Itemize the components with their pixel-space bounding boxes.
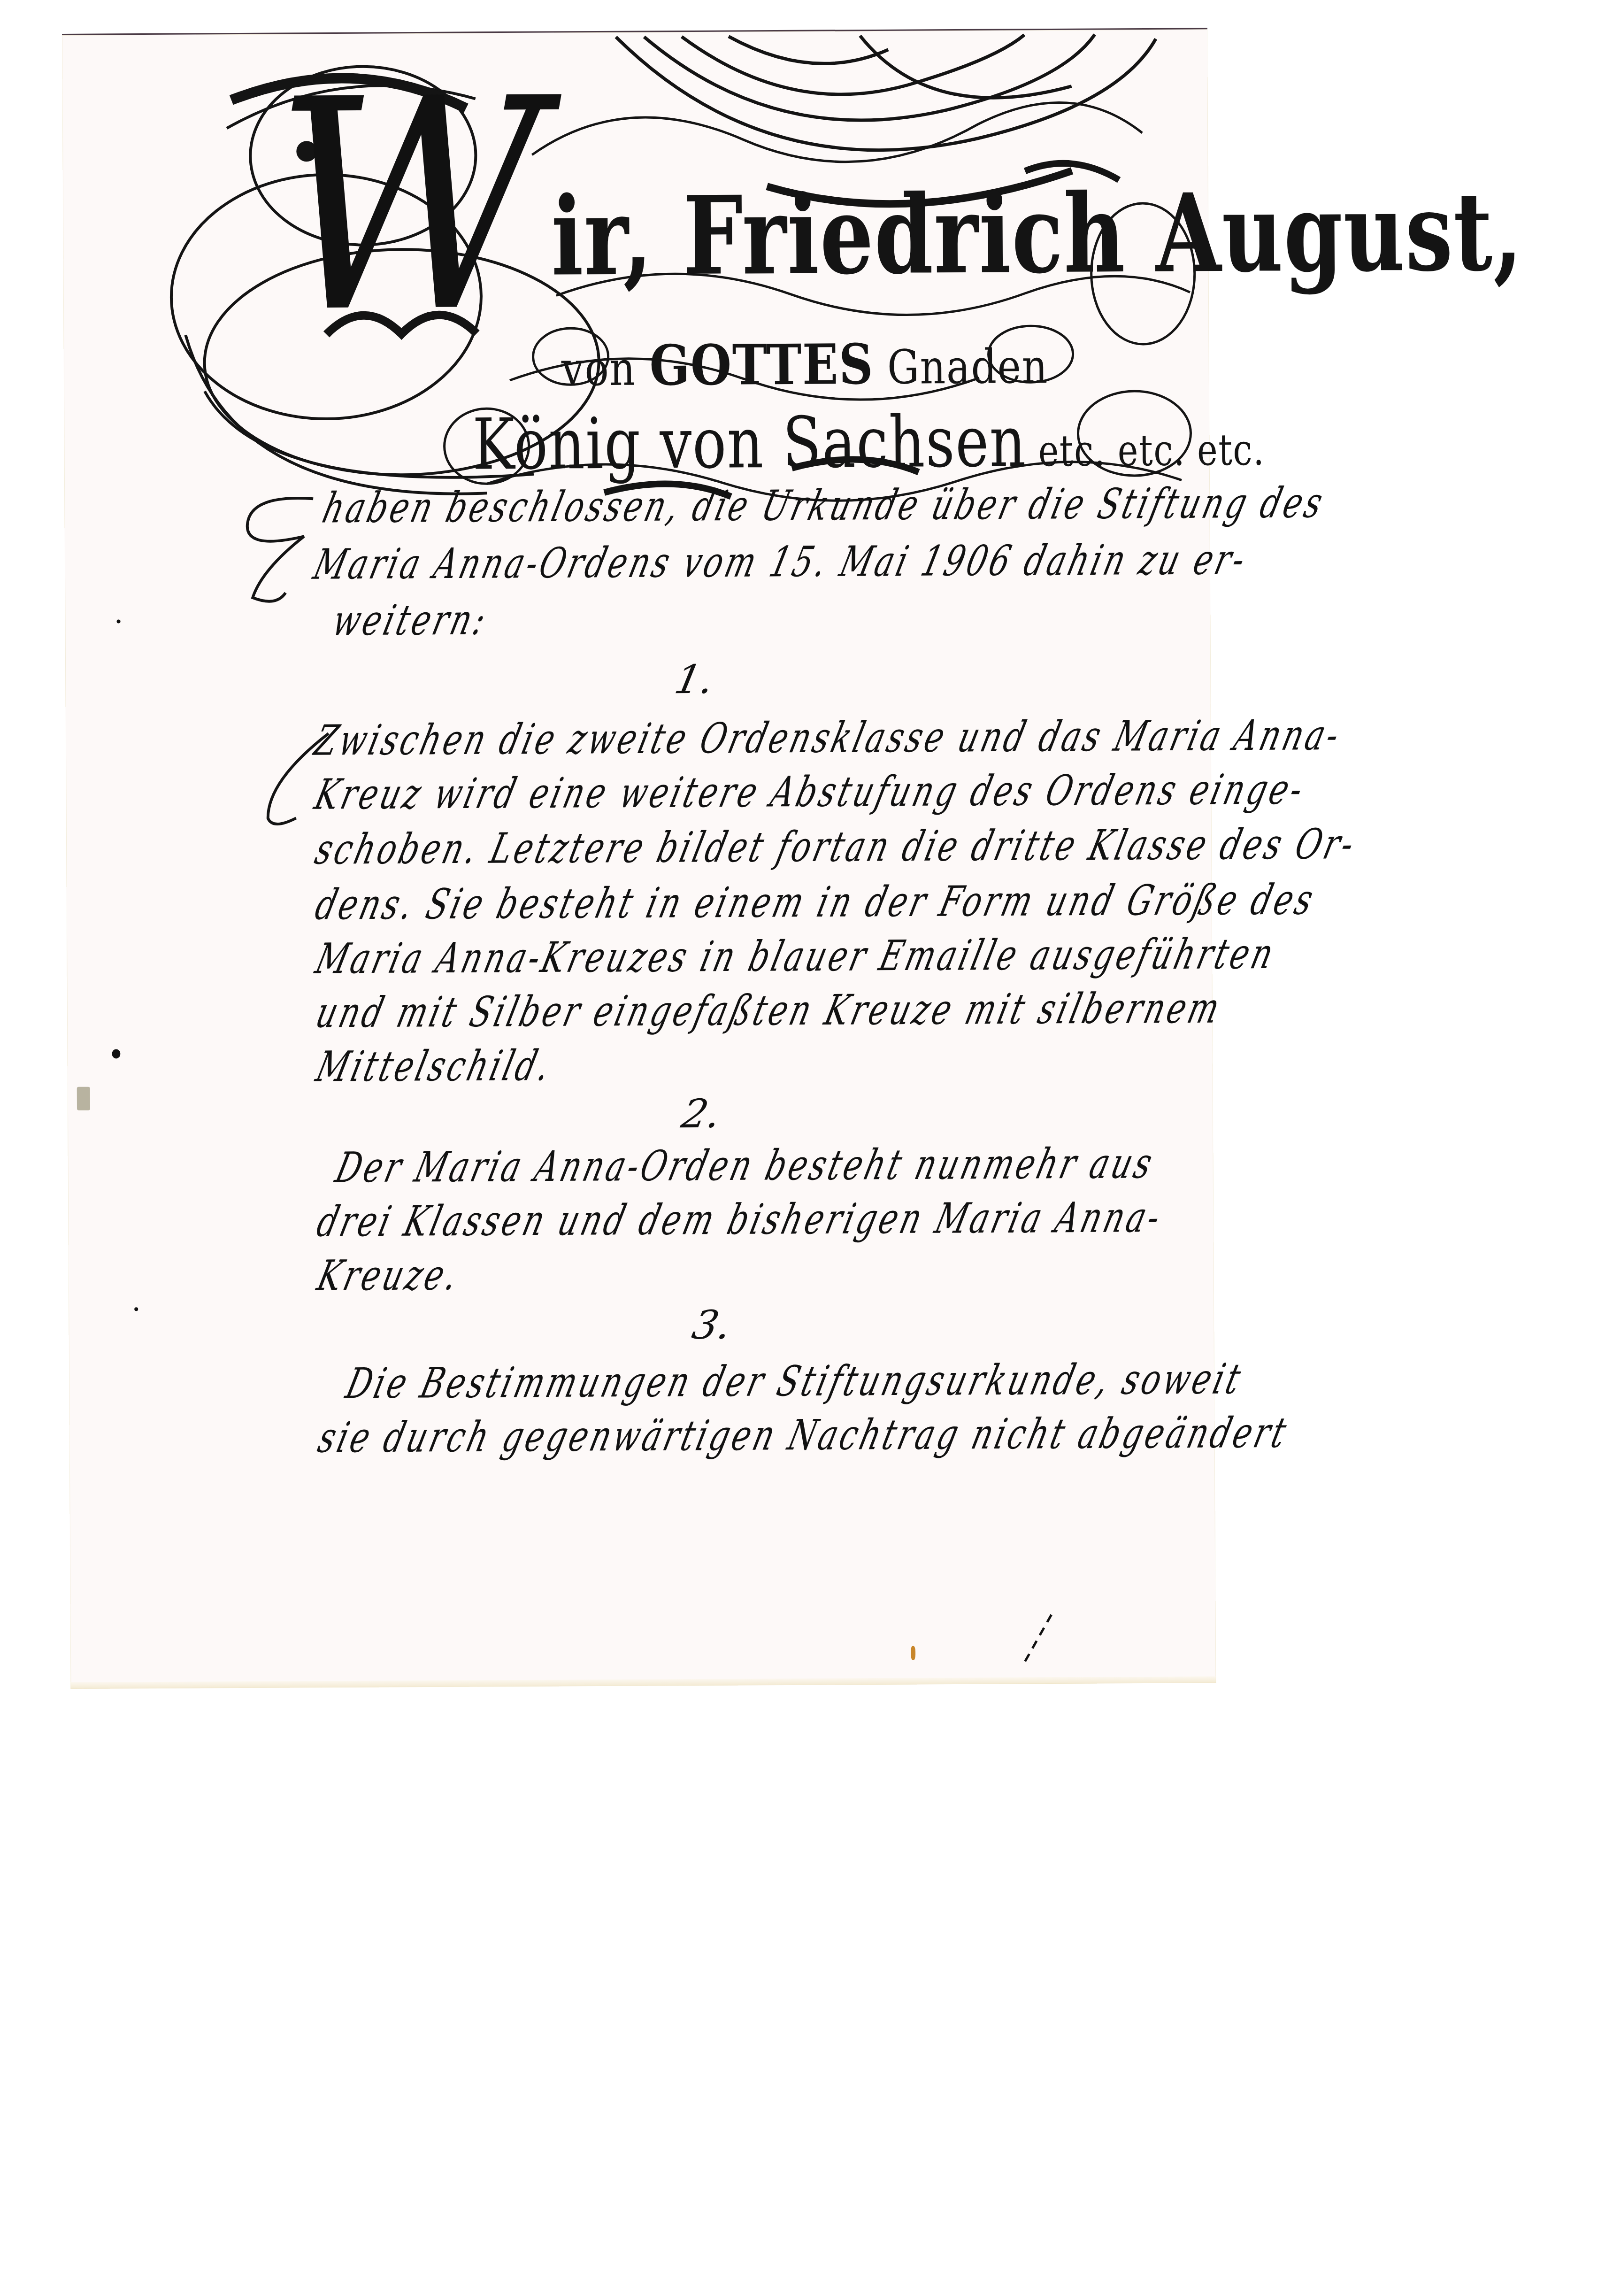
- heading-king-of-saxony: König von Sachsen etc. etc. etc.: [472, 400, 1265, 486]
- heading-title: ir, Friedrich August,: [551, 169, 1524, 300]
- section-2-line-1: Der Maria Anna-Orden besteht nunmehr aus: [331, 1139, 1160, 1192]
- section-number-3: 3.: [688, 1302, 735, 1348]
- section-1-line-4: dens. Sie besteht in einem in der Form u…: [311, 875, 1321, 929]
- section-1-line-3: schoben. Letztere bildet fortan die drit…: [310, 820, 1361, 874]
- section-1-line-1: Zwischen die zweite Ordensklasse und das…: [310, 711, 1347, 765]
- preamble-line-3: weitern:: [328, 595, 493, 645]
- section-2-line-2: drei Klassen und dem bisherigen Maria An…: [313, 1193, 1168, 1246]
- section-1-line-2: Kreuz wird eine weitere Abstufung des Or…: [310, 765, 1311, 819]
- section-1-line-6: und mit Silber eingefaßten Kreuze mit si…: [311, 984, 1227, 1037]
- stain-speck: [911, 1646, 915, 1660]
- section-number-1: 1.: [671, 656, 718, 703]
- ink-speck: [112, 1049, 120, 1058]
- decorated-initial-w: W: [274, 61, 545, 354]
- heading-etc: etc. etc. etc.: [1027, 425, 1265, 477]
- preamble-line-1: haben beschlossen, die Urkunde über die …: [318, 478, 1330, 532]
- section-3-line-1: Die Bestimmungen der Stiftungsurkunde, s…: [341, 1355, 1248, 1408]
- smudge-mark: [77, 1087, 90, 1110]
- heading-by-grace-pre: von: [561, 341, 649, 396]
- heading-by-grace: von GOTTES Gnaden: [561, 331, 1048, 398]
- heading-by-grace-post: Gnaden: [874, 339, 1048, 395]
- section-2-line-3: Kreuze.: [313, 1251, 465, 1301]
- section-number-2: 2.: [678, 1091, 725, 1137]
- preamble-line-2: Maria Anna-Ordens vom 15. Mai 1906 dahin…: [309, 535, 1252, 589]
- section-1-line-5: Maria Anna-Kreuzes in blauer Emaille aus…: [311, 929, 1281, 983]
- pen-stroke-mark: [1019, 1612, 1057, 1669]
- document-page: W ir, Friedrich August, von GOTTES Gnade…: [62, 28, 1216, 1689]
- ink-speck: [134, 1307, 138, 1311]
- heading-gottes: GOTTES: [649, 331, 874, 398]
- heading-king-text: König von Sachsen: [472, 401, 1027, 485]
- section-3-line-2: sie durch gegenwärtigen Nachtrag nicht a…: [314, 1408, 1294, 1462]
- ink-speck: [117, 619, 121, 623]
- section-1-line-7: Mittelschild.: [312, 1041, 558, 1092]
